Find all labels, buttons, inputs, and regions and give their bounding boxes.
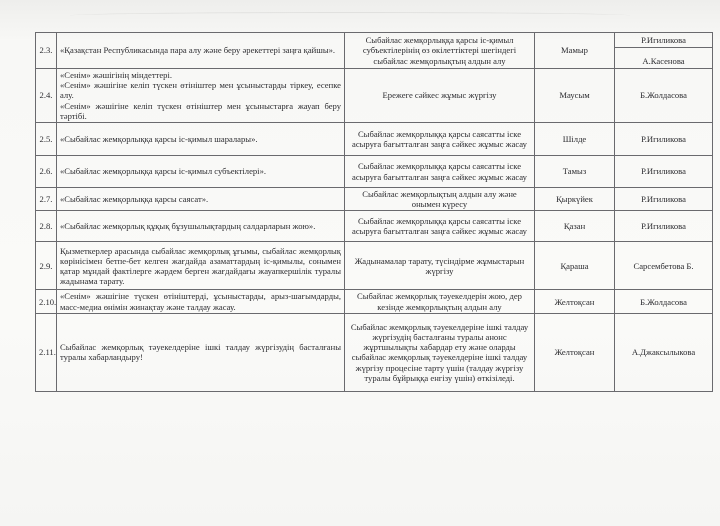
table-row: 2.7. «Сыбайлас жемқорлыққа қарсы саясат»…	[36, 188, 713, 211]
topic-line: Қызметкерлер арасында сыбайлас жемқорлық…	[60, 246, 341, 287]
table-row: 2.11. Сыбайлас жемқорлық тәуекелдеріне і…	[36, 313, 713, 391]
row-month: Мамыр	[535, 33, 615, 69]
paper-curl-shadow	[70, 12, 630, 19]
row-number: 2.3.	[36, 33, 57, 69]
row-month: Шілде	[535, 123, 615, 156]
table-row: 2.3. «Қазақстан Республикасында пара алу…	[36, 33, 713, 69]
row-method: Сыбайлас жемқорлық тәуекелдерін жою, дер…	[345, 290, 535, 313]
scanned-page: 2.3. «Қазақстан Республикасында пара алу…	[0, 0, 720, 526]
row-topic: «Сенім» жәшігіне түскен өтініштерді, ұсы…	[57, 290, 345, 313]
row-month: Маусым	[535, 69, 615, 123]
table-row: 2.6. «Сыбайлас жемқорлыққа қарсы іс-қимы…	[36, 156, 713, 188]
row-method: Сыбайлас жемқорлыққа қарсы іс-қимыл субъ…	[345, 33, 535, 69]
table-row: 2.9. Қызметкерлер арасында сыбайлас жемқ…	[36, 242, 713, 290]
row-month: Қыркүйек	[535, 188, 615, 211]
row-month: Қараша	[535, 242, 615, 290]
topic-line: «Сыбайлас жемқорлыққа қарсы іс-қимыл шар…	[60, 134, 341, 144]
row-number: 2.4.	[36, 69, 57, 123]
row-responsible: Р.Игиликова	[615, 156, 713, 188]
row-topic: «Сыбайлас жемқорлыққа қарсы іс-қимыл суб…	[57, 156, 345, 188]
row-method: Сыбайлас жемқорлыққа қарсы саясатты іске…	[345, 123, 535, 156]
row-method: Сыбайлас жемқорлыққа қарсы саясатты іске…	[345, 156, 535, 188]
row-month: Қазан	[535, 211, 615, 242]
row-number: 2.11.	[36, 313, 57, 391]
row-month: Желтоқсан	[535, 290, 615, 313]
row-month: Желтоқсан	[535, 313, 615, 391]
plan-table: 2.3. «Қазақстан Республикасында пара алу…	[35, 32, 713, 392]
row-number: 2.9.	[36, 242, 57, 290]
row-method: Жадынамалар тарату, түсіндірме жұмыстары…	[345, 242, 535, 290]
table-row: 2.8. «Сыбайлас жемқорлық құқық бұзушылық…	[36, 211, 713, 242]
row-topic: «Сыбайлас жемқорлыққа қарсы іс-қимыл шар…	[57, 123, 345, 156]
topic-line: «Сенім» жәшігіне келіп түскен өтініштер …	[60, 101, 341, 121]
row-responsible: Р.Игиликова А.Касенова	[615, 33, 713, 69]
row-responsible: Р.Игиликова	[615, 211, 713, 242]
row-topic: «Сенім» жәшігінің міндеттері. «Сенім» жә…	[57, 69, 345, 123]
topic-line: «Сыбайлас жемқорлыққа қарсы саясат».	[60, 194, 341, 204]
row-topic: Сыбайлас жемқорлық тәуекелдеріне ішкі та…	[57, 313, 345, 391]
topic-line: «Қазақстан Республикасында пара алу және…	[60, 45, 341, 55]
topic-line: Сыбайлас жемқорлық тәуекелдеріне ішкі та…	[60, 342, 341, 362]
table-row: 2.10. «Сенім» жәшігіне түскен өтініштерд…	[36, 290, 713, 313]
row-method: Сыбайлас жемқорлықтың алдын алу және оны…	[345, 188, 535, 211]
responsible-name: А.Касенова	[618, 48, 709, 66]
row-number: 2.8.	[36, 211, 57, 242]
topic-line: «Сенім» жәшігіне келіп түскен өтініштер …	[60, 80, 341, 100]
row-responsible: Р.Игиликова	[615, 123, 713, 156]
row-number: 2.6.	[36, 156, 57, 188]
topic-line: «Сыбайлас жемқорлық құқық бұзушылықтарды…	[60, 221, 341, 231]
topic-line: «Сыбайлас жемқорлыққа қарсы іс-қимыл суб…	[60, 166, 341, 176]
row-number: 2.7.	[36, 188, 57, 211]
row-number: 2.5.	[36, 123, 57, 156]
row-topic: «Сыбайлас жемқорлық құқық бұзушылықтарды…	[57, 211, 345, 242]
row-responsible: Р.Игиликова	[615, 188, 713, 211]
row-topic: «Қазақстан Республикасында пара алу және…	[57, 33, 345, 69]
topic-line: «Сенім» жәшігінің міндеттері.	[60, 70, 341, 80]
row-method: Сыбайлас жемқорлыққа қарсы саясатты іске…	[345, 211, 535, 242]
table-row: 2.5. «Сыбайлас жемқорлыққа қарсы іс-қимы…	[36, 123, 713, 156]
row-topic: «Сыбайлас жемқорлыққа қарсы саясат».	[57, 188, 345, 211]
topic-line: «Сенім» жәшігіне түскен өтініштерді, ұсы…	[60, 291, 341, 311]
row-number: 2.10.	[36, 290, 57, 313]
responsible-top-name: Р.Игиликова	[615, 34, 712, 48]
row-method: Ережеге сәйкес жұмыс жүргізу	[345, 69, 535, 123]
row-responsible: Б.Жолдасова	[615, 290, 713, 313]
row-responsible: Б.Жолдасова	[615, 69, 713, 123]
row-month: Тамыз	[535, 156, 615, 188]
row-topic: Қызметкерлер арасында сыбайлас жемқорлық…	[57, 242, 345, 290]
row-method: Сыбайлас жемқорлық тәуекелдеріне ішкі та…	[345, 313, 535, 391]
row-responsible: Сарсембетова Б.	[615, 242, 713, 290]
row-responsible: А.Джаксылыкова	[615, 313, 713, 391]
table-row: 2.4. «Сенім» жәшігінің міндеттері. «Сені…	[36, 69, 713, 123]
